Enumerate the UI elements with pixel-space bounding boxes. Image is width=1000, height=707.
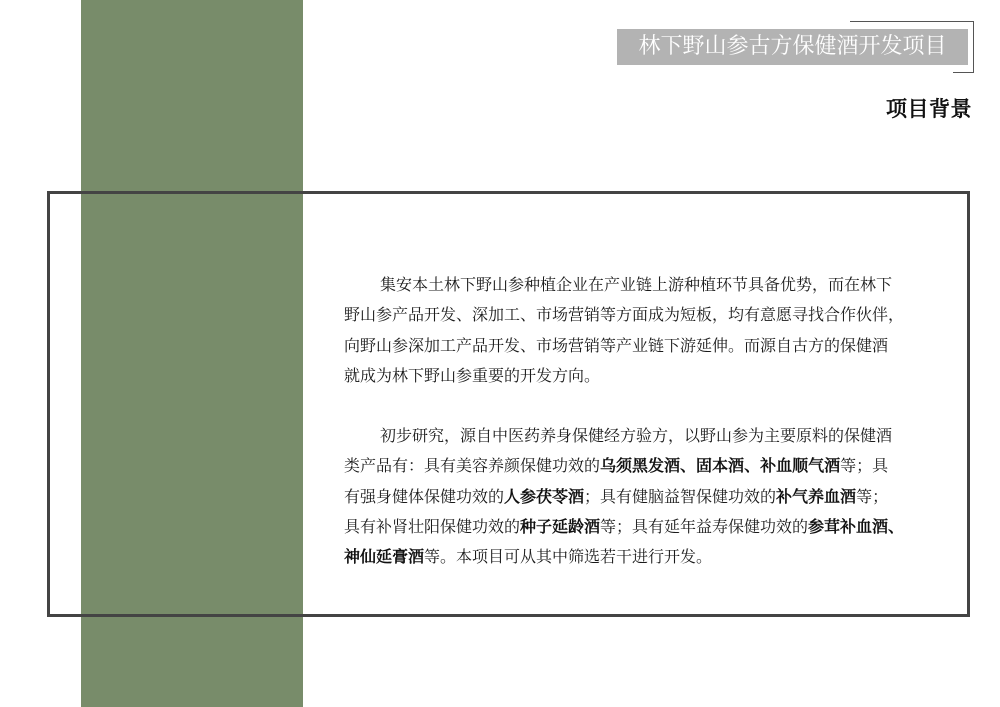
product-name: 固本酒 (696, 456, 744, 475)
paragraph-line: 有强身健体保健功效的人参茯苓酒；具有健脑益智保健功效的补气养血酒等； (344, 482, 944, 512)
paragraph-line: 类产品有：具有美容养颜保健功效的乌须黑发酒、固本酒、补血顺气酒等；具 (344, 451, 944, 481)
paragraph-line: 向野山参深加工产品开发、市场营销等产业链下游延伸。而源自古方的保健酒 (344, 331, 944, 361)
text-span: 等。本项目可从其中筛选若干进行开发。 (424, 547, 712, 566)
product-name: 种子延龄酒 (520, 517, 600, 536)
product-name: 补气养血酒 (776, 487, 856, 506)
text-span: ；具有健脑益智保健功效的 (584, 487, 776, 506)
text-span: 、 (680, 456, 696, 475)
section-title: 项目背景 (886, 93, 972, 123)
title-bracket-line-right (973, 21, 974, 73)
project-title-banner: 林下野山参古方保健酒开发项目 (617, 29, 968, 65)
paragraph-products: 初步研究，源自中医药养身保健经方验方，以野山参为主要原料的保健酒 类产品有：具有… (344, 421, 944, 572)
title-bracket-line-bottom (953, 72, 974, 73)
paragraph-line: 神仙延膏酒等。本项目可从其中筛选若干进行开发。 (344, 542, 944, 572)
paragraph-line: 就成为林下野山参重要的开发方向。 (344, 361, 944, 391)
product-name: 神仙延膏酒 (344, 547, 424, 566)
product-name: 乌须黑发酒 (600, 456, 680, 475)
paragraph-background: 集安本土林下野山参种植企业在产业链上游种植环节具备优势，而在林下 野山参产品开发… (344, 270, 944, 391)
product-name: 人参茯苓酒 (504, 487, 584, 506)
text-span: 具有补肾壮阳保健功效的 (344, 517, 520, 536)
product-name: 参茸补血酒、 (808, 517, 904, 536)
text-span: 、 (744, 456, 760, 475)
text-span: 等；具有延年益寿保健功效的 (600, 517, 808, 536)
title-bracket-line-top (850, 21, 974, 22)
paragraph-line: 野山参产品开发、深加工、市场营销等方面成为短板，均有意愿寻找合作伙伴， (344, 300, 944, 330)
text-span: 等；具 (840, 456, 888, 475)
paragraph-line: 具有补肾壮阳保健功效的种子延龄酒等；具有延年益寿保健功效的参茸补血酒、 (344, 512, 944, 542)
text-span: 有强身健体保健功效的 (344, 487, 504, 506)
product-name: 补血顺气酒 (760, 456, 840, 475)
text-span: 等； (856, 487, 888, 506)
text-span: 类产品有：具有美容养颜保健功效的 (344, 456, 600, 475)
body-text: 集安本土林下野山参种植企业在产业链上游种植环节具备优势，而在林下 野山参产品开发… (344, 270, 944, 573)
paragraph-line: 初步研究，源自中医药养身保健经方验方，以野山参为主要原料的保健酒 (344, 421, 944, 451)
paragraph-line: 集安本土林下野山参种植企业在产业链上游种植环节具备优势，而在林下 (344, 270, 944, 300)
